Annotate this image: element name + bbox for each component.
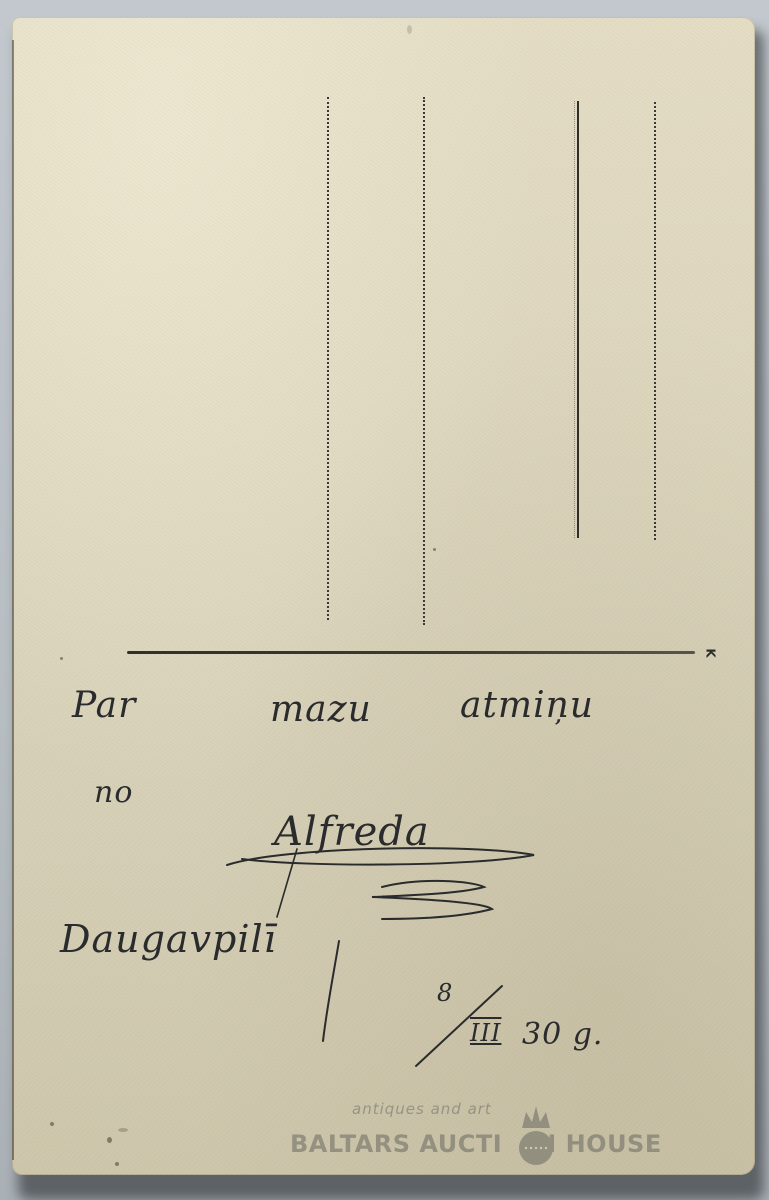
- card-left-edge-shadow: [12, 40, 14, 1160]
- date-year: 30 g.: [522, 1017, 603, 1052]
- paper-speck: [433, 548, 436, 551]
- address-divider-line: [127, 651, 695, 654]
- paper-speck: [50, 1122, 54, 1126]
- paper-texture: [12, 17, 755, 1175]
- paper-speck: [118, 1128, 128, 1132]
- crown-orb-icon: [516, 1104, 556, 1168]
- stamp-guide-line: [327, 97, 329, 620]
- stamp-guide-line: [423, 97, 425, 625]
- handwritten-place: Daugavpilī: [60, 917, 277, 961]
- watermark-brand-left: BALTARS AUCTI: [290, 1130, 502, 1158]
- paper-speck: [60, 657, 63, 660]
- signature-flourish: [222, 837, 542, 927]
- handwritten-word: no: [94, 775, 133, 810]
- stamp-guide-line: [577, 101, 579, 538]
- postcard-back: K Par mazu atmiņu no Alfreda Daugavpilī …: [12, 17, 755, 1175]
- paper-speck: [115, 1162, 119, 1166]
- auction-house-watermark: antiques and art BALTARS AUCTIN HOUSE: [290, 1100, 690, 1170]
- stamp-guide-line: [574, 101, 575, 538]
- handwritten-word: Par: [72, 685, 136, 726]
- paper-speck: [107, 1137, 112, 1143]
- handwritten-word: mazu: [270, 689, 372, 730]
- handwritten-word: atmiņu: [460, 685, 594, 726]
- date-day: 8: [437, 979, 453, 1007]
- watermark-brand: BALTARS AUCTIN HOUSE: [290, 1130, 662, 1158]
- date-month: III: [470, 1019, 501, 1047]
- watermark-tagline: antiques and art: [352, 1100, 492, 1118]
- printer-mark: K: [704, 648, 718, 657]
- stamp-guide-line: [654, 102, 656, 540]
- paper-speck: [407, 25, 412, 34]
- place-descender-stroke: [317, 937, 347, 1047]
